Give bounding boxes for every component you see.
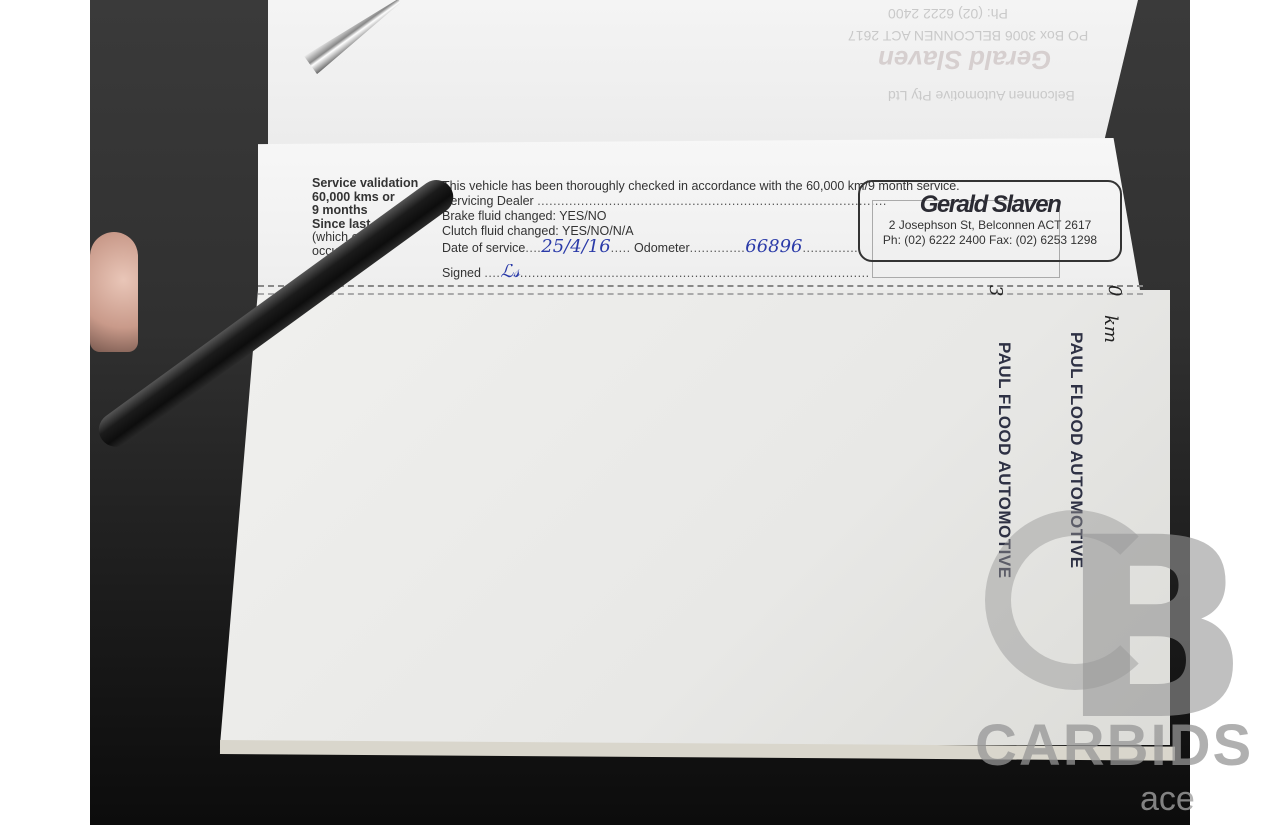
signed-label: Signed <box>442 266 481 280</box>
perforation <box>258 285 1143 295</box>
servicing-dealer-label: Servicing Dealer <box>442 194 534 208</box>
bleed-through-phone: Ph: (02) 6222 2400 <box>888 6 1008 22</box>
heading-line: Service validation <box>312 177 418 191</box>
odometer-value: 66896 <box>745 239 802 256</box>
bleed-through-logo: Gerald Slaven <box>878 44 1051 75</box>
bleed-through-address: PO Box 3006 BELCONNEN ACT 2617 <box>848 28 1088 44</box>
finger <box>90 232 138 352</box>
handwritten-km: km <box>1100 315 1121 343</box>
date-value: 25/4/16 <box>541 239 610 256</box>
booklet-top-page: Ph: (02) 6222 2400 PO Box 3006 BELCONNEN… <box>268 0 1138 145</box>
watermark-brand: CARBIDS <box>975 712 1253 779</box>
date-label: Date of service <box>442 241 525 255</box>
bleed-through-company: Belconnen Automotive Pty Ltd <box>888 88 1075 104</box>
signature: ℒ𝓈 <box>500 264 520 281</box>
watermark-sub: ace <box>1140 780 1195 819</box>
handwritten-3: 3 <box>985 285 1006 296</box>
odometer-label: Odometer <box>634 241 690 255</box>
dots: ........................................… <box>537 194 887 208</box>
dealer-name: Gerald Slaven <box>860 192 1120 218</box>
dealer-stamp: Gerald Slaven 2 Josephson St, Belconnen … <box>858 180 1122 262</box>
dealer-address: 2 Josephson St, Belconnen ACT 2617 <box>860 218 1120 233</box>
photo: Ph: (02) 6222 2400 PO Box 3006 BELCONNEN… <box>90 0 1190 825</box>
dealer-phone-fax: Ph: (02) 6222 2400 Fax: (02) 6253 1298 <box>860 233 1120 248</box>
handwritten-0: 0 <box>1104 285 1125 296</box>
